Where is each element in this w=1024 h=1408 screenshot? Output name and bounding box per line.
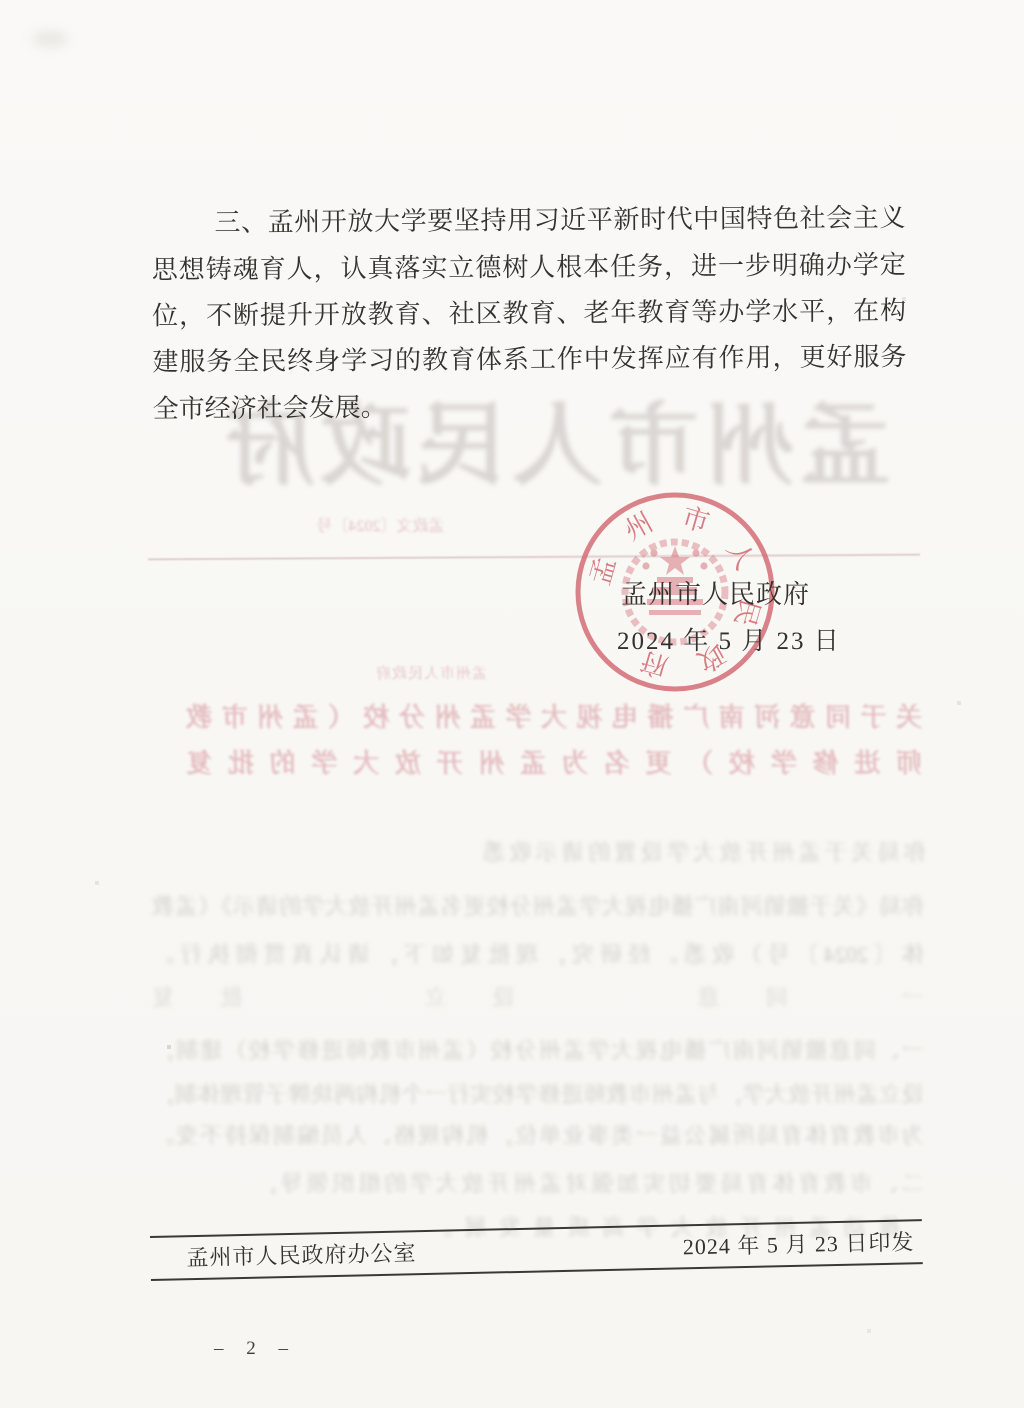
bleedthrough-body-line: 你局关于孟州开放大学设置的请示收悉: [483, 839, 926, 867]
body-paragraph-line: 思想铸魂育人，认真落实立德树人根本任务，进一步明确办学定: [152, 248, 906, 287]
seal-char: 市: [679, 502, 713, 538]
bleedthrough-body-line: 一、同意撤销河南广播电视大学孟州分校（孟州市教师进修学校）建制，: [152, 1037, 924, 1065]
bleedthrough-red-rule: [148, 554, 920, 561]
bleedthrough-body-line: 体〔2024〕号）收悉。经研究，现批复如下，请认真贯彻执行。: [152, 941, 924, 969]
footer-colophon: 孟州市人民政府办公室 2024 年 5 月 23 日印发: [150, 1219, 923, 1281]
seal-char: 州: [620, 507, 658, 546]
bleedthrough-body-line: 设立孟州开放大学，与孟州市教师进修学校实行一个机构两块牌子管理体制，: [152, 1081, 924, 1109]
body-paragraph-line: 建服务全民终身学习的教育体系工作中发挥应有作用，更好服务: [152, 340, 906, 379]
body-paragraph-line: 三、孟州开放大学要坚持用习近平新时代中国特色社会主义: [214, 201, 905, 240]
bleedthrough-body-line: 一 同意 设立 批复: [152, 984, 924, 1012]
bleedthrough-doc-number: 孟政文〔2024〕号: [293, 513, 468, 536]
bleedthrough-heading: 孟州市人民政府: [377, 662, 487, 683]
seal-char: 人: [721, 537, 760, 575]
bleedthrough-body-line: 为市教育体育局所属公益一类事业单位，机构规格、人员编制保持不变。: [152, 1122, 924, 1150]
body-paragraph: 三、孟州开放大学要坚持用习近平新时代中国特色社会主义 思想铸魂育人，认真落实立德…: [0, 0, 1024, 504]
page-number: – 2 –: [214, 1338, 297, 1360]
body-paragraph-line: 位，不断提升开放教育、社区教育、老年教育等办学水平，在构: [152, 294, 906, 333]
footer-print-date: 2024 年 5 月 23 日印发: [682, 1225, 914, 1261]
scanned-document-page: 孟州市人民政府 孟政文〔2024〕号 孟州市人民政府 关于同意河南广播电视大学孟…: [0, 0, 1024, 1408]
seal-char: 孟: [585, 554, 621, 588]
bleedthrough-title-line: 师进修学校）更名为孟州开放大学的批复: [186, 748, 922, 780]
signature-issuer: 孟州市人民政府: [621, 574, 810, 611]
signature-date: 2024 年 5 月 23 日: [617, 621, 841, 657]
body-paragraph-line: 全市经济社会发展。: [153, 387, 907, 426]
footer-office: 孟州市人民政府办公室: [186, 1236, 417, 1272]
bleedthrough-body-line: 你局《关于撤销河南广播电视大学孟州分校更名孟州开放大学的请示》（孟教: [152, 893, 924, 921]
scan-speckles: [0, 0, 2, 2]
bleedthrough-body-line: 二、市教育体育局要切实加强对孟州开放大学的组织领导，: [255, 1170, 924, 1198]
